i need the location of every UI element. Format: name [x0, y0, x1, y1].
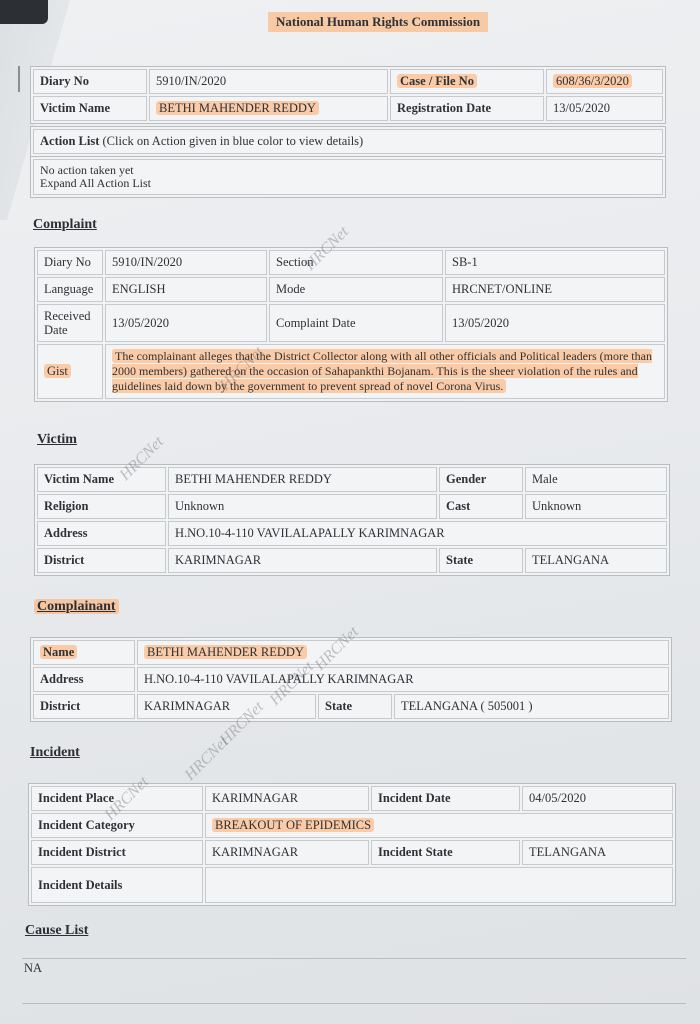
- complaint-section-title: Complaint: [33, 217, 97, 233]
- complainant-district-value: KARIMNAGAR: [137, 694, 316, 719]
- table-row: Name BETHI MAHENDER REDDY: [33, 640, 669, 665]
- incident-state-label: Incident State: [371, 840, 520, 865]
- received-date-label: Received Date: [37, 304, 103, 342]
- victim-name-value: BETHI MAHENDER REDDY: [168, 467, 437, 492]
- diary-no-label: Diary No: [33, 69, 147, 94]
- victim-state-label: State: [439, 548, 523, 573]
- incident-section-title: Incident: [30, 745, 80, 761]
- gist-label: Gist: [44, 364, 71, 378]
- registration-date-label: Registration Date: [390, 96, 544, 121]
- expand-all-action-link[interactable]: Expand All Action List: [40, 177, 656, 190]
- section-label: Section: [269, 250, 443, 275]
- table-row: Religion Unknown Cast Unknown: [37, 494, 667, 519]
- received-date-value: 13/05/2020: [105, 304, 267, 342]
- complaint-diary-no-label: Diary No: [37, 250, 103, 275]
- action-list-table: Action List (Click on Action given in bl…: [30, 126, 666, 157]
- complainant-name-value-cell: BETHI MAHENDER REDDY: [137, 640, 669, 665]
- cause-list-section-title: Cause List: [25, 923, 88, 939]
- victim-district-label: District: [37, 548, 166, 573]
- gender-value: Male: [525, 467, 667, 492]
- victim-section-title: Victim: [37, 432, 77, 448]
- section-value: SB-1: [445, 250, 665, 275]
- action-list-header: Action List (Click on Action given in bl…: [33, 129, 663, 154]
- incident-category-label: Incident Category: [31, 813, 203, 838]
- gender-label: Gender: [439, 467, 523, 492]
- table-row: No action taken yet Expand All Action Li…: [33, 159, 663, 195]
- diary-no-value: 5910/IN/2020: [149, 69, 388, 94]
- complaint-table: Diary No 5910/IN/2020 Section SB-1 Langu…: [34, 247, 668, 402]
- case-summary-table: Diary No 5910/IN/2020 Case / File No 608…: [30, 66, 666, 124]
- complaint-diary-no-value: 5910/IN/2020: [105, 250, 267, 275]
- table-row: Diary No 5910/IN/2020 Section SB-1: [37, 250, 665, 275]
- cast-value: Unknown: [525, 494, 667, 519]
- gist-value-cell: The complainant alleges that the Distric…: [105, 344, 665, 399]
- incident-details-value: [205, 867, 673, 903]
- incident-date-label: Incident Date: [371, 786, 520, 811]
- complaint-date-value: 13/05/2020: [445, 304, 665, 342]
- table-row: Incident District KARIMNAGAR Incident St…: [31, 840, 673, 865]
- complainant-address-label: Address: [33, 667, 135, 692]
- mode-label: Mode: [269, 277, 443, 302]
- registration-date-value: 13/05/2020: [546, 96, 663, 121]
- table-row: District KARIMNAGAR State TELANGANA: [37, 548, 667, 573]
- victim-address-label: Address: [37, 521, 166, 546]
- victim-district-value: KARIMNAGAR: [168, 548, 437, 573]
- victim-name-value: BETHI MAHENDER REDDY: [149, 96, 388, 121]
- incident-table: Incident Place KARIMNAGAR Incident Date …: [28, 783, 676, 906]
- incident-details-label: Incident Details: [31, 867, 203, 903]
- incident-state-value: TELANGANA: [522, 840, 673, 865]
- cause-list-box: NA: [22, 958, 686, 1004]
- table-row: Address H.NO.10-4-110 VAVILALAPALLY KARI…: [33, 667, 669, 692]
- incident-category-text: BREAKOUT OF EPIDEMICS: [212, 818, 374, 832]
- incident-district-value: KARIMNAGAR: [205, 840, 369, 865]
- cast-label: Cast: [439, 494, 523, 519]
- watermark: HRCNet: [182, 733, 233, 784]
- victim-address-value: H.NO.10-4-110 VAVILALAPALLY KARIMNAGAR: [168, 521, 667, 546]
- complainant-state-value: TELANGANA ( 505001 ): [394, 694, 669, 719]
- table-row: Victim Name BETHI MAHENDER REDDY Gender …: [37, 467, 667, 492]
- case-file-value: 608/36/3/2020: [546, 69, 663, 94]
- complainant-district-label: District: [33, 694, 135, 719]
- document-title: National Human Rights Commission: [268, 12, 488, 32]
- language-value: ENGLISH: [105, 277, 267, 302]
- table-row: Address H.NO.10-4-110 VAVILALAPALLY KARI…: [37, 521, 667, 546]
- action-status-table: No action taken yet Expand All Action Li…: [30, 156, 666, 198]
- complainant-name-label-cell: Name: [33, 640, 135, 665]
- cause-list-value: NA: [24, 961, 42, 975]
- table-row: Incident Details: [31, 867, 673, 903]
- table-row: Victim Name BETHI MAHENDER REDDY Registr…: [33, 96, 663, 121]
- language-label: Language: [37, 277, 103, 302]
- incident-district-label: Incident District: [31, 840, 203, 865]
- religion-label: Religion: [37, 494, 166, 519]
- action-list-label: Action List: [40, 134, 99, 148]
- incident-category-value-cell: BREAKOUT OF EPIDEMICS: [205, 813, 673, 838]
- case-file-label: Case / File No: [390, 69, 544, 94]
- table-row: Incident Category BREAKOUT OF EPIDEMICS: [31, 813, 673, 838]
- table-row: Incident Place KARIMNAGAR Incident Date …: [31, 786, 673, 811]
- case-file-no-text: 608/36/3/2020: [553, 74, 632, 88]
- complainant-table: Name BETHI MAHENDER REDDY Address H.NO.1…: [30, 637, 672, 722]
- table-row: Diary No 5910/IN/2020 Case / File No 608…: [33, 69, 663, 94]
- table-row: District KARIMNAGAR State TELANGANA ( 50…: [33, 694, 669, 719]
- table-row: Language ENGLISH Mode HRCNET/ONLINE: [37, 277, 665, 302]
- gist-label-cell: Gist: [37, 344, 103, 399]
- victim-name-text: BETHI MAHENDER REDDY: [156, 101, 319, 115]
- religion-value: Unknown: [168, 494, 437, 519]
- gist-text: The complainant alleges that the Distric…: [112, 349, 652, 393]
- victim-table: Victim Name BETHI MAHENDER REDDY Gender …: [34, 464, 670, 576]
- victim-name-label: Victim Name: [33, 96, 147, 121]
- incident-place-value: KARIMNAGAR: [205, 786, 369, 811]
- table-row: Gist The complainant alleges that the Di…: [37, 344, 665, 399]
- victim-state-value: TELANGANA: [525, 548, 667, 573]
- action-status-cell: No action taken yet Expand All Action Li…: [33, 159, 663, 195]
- table-row: Action List (Click on Action given in bl…: [33, 129, 663, 154]
- case-file-label-text: Case / File No: [397, 74, 477, 88]
- document-page: National Human Rights Commission Diary N…: [0, 0, 700, 1024]
- incident-date-value: 04/05/2020: [522, 786, 673, 811]
- incident-place-label: Incident Place: [31, 786, 203, 811]
- complainant-name-label: Name: [40, 645, 77, 659]
- table-row: Received Date 13/05/2020 Complaint Date …: [37, 304, 665, 342]
- complaint-date-label: Complaint Date: [269, 304, 443, 342]
- complainant-name-text: BETHI MAHENDER REDDY: [144, 645, 307, 659]
- complainant-section-title: Complainant: [34, 599, 119, 615]
- victim-name-label: Victim Name: [37, 467, 166, 492]
- complainant-title-text: Complainant: [34, 599, 119, 614]
- complainant-state-label: State: [318, 694, 392, 719]
- mode-value: HRCNET/ONLINE: [445, 277, 665, 302]
- complainant-address-value: H.NO.10-4-110 VAVILALAPALLY KARIMNAGAR: [137, 667, 669, 692]
- action-list-hint: (Click on Action given in blue color to …: [103, 134, 364, 148]
